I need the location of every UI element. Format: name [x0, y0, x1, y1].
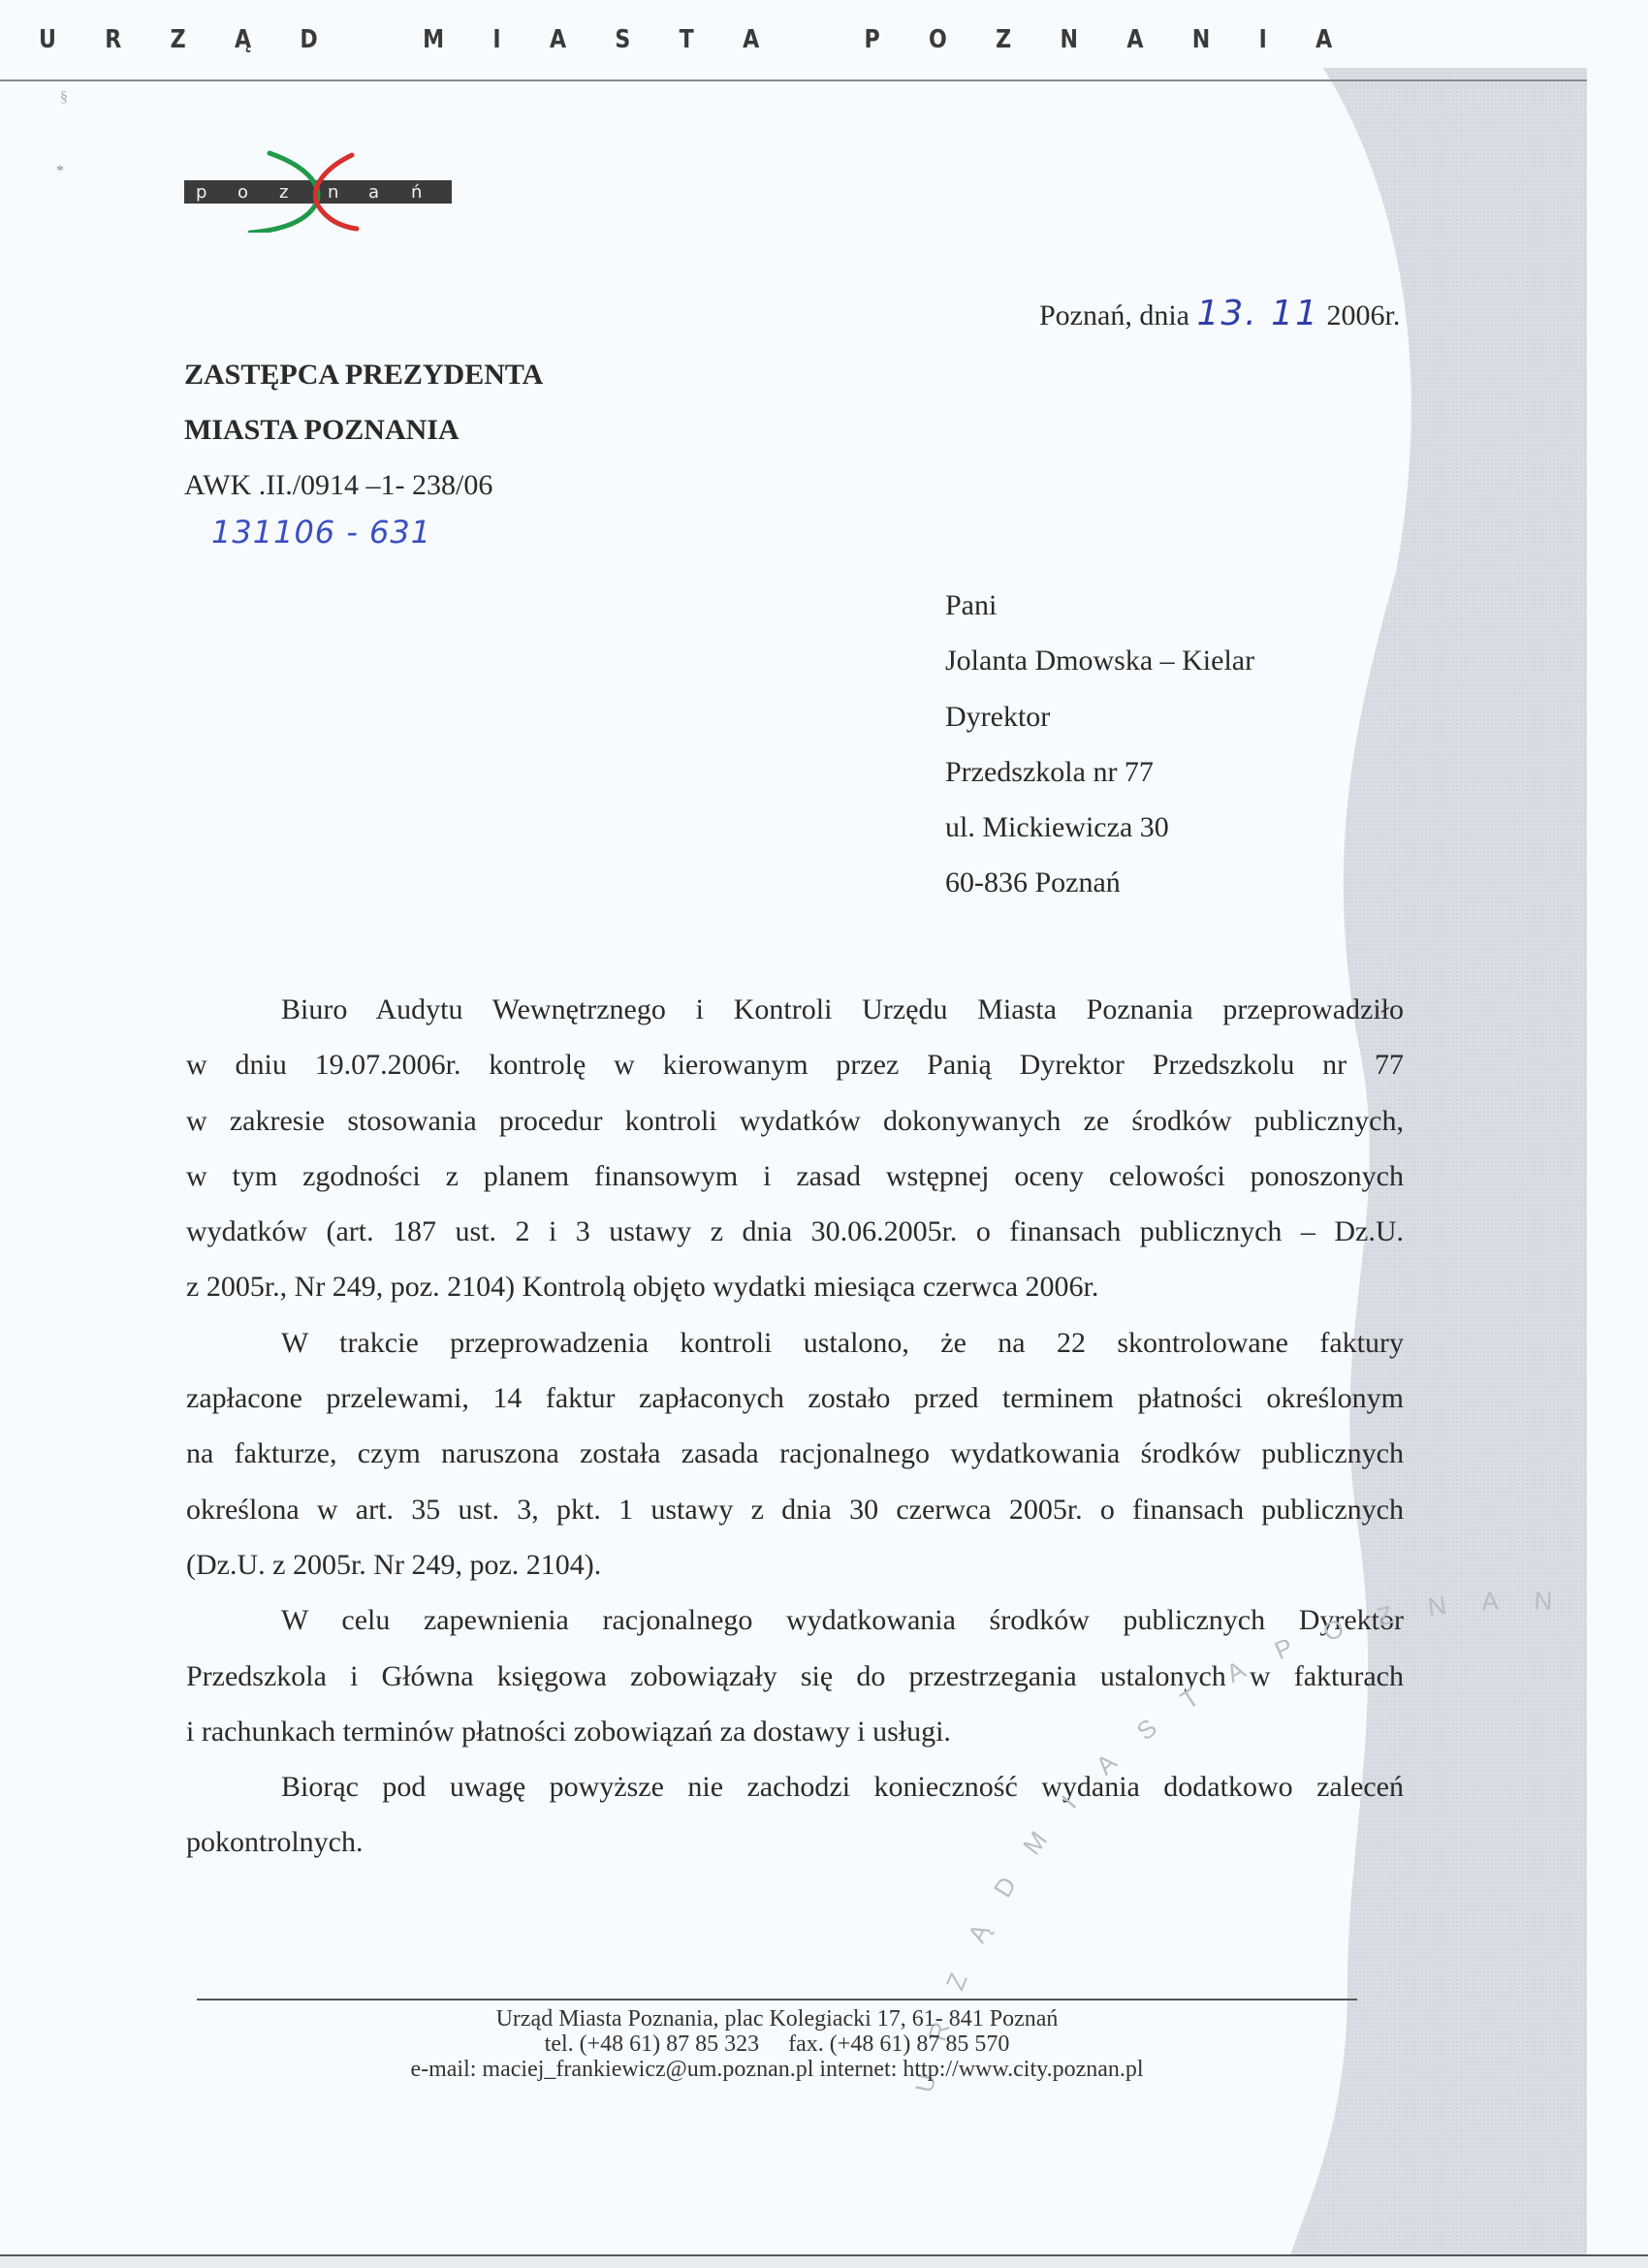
logo-letter: ń — [411, 182, 422, 203]
body-line: Biorąc pod uwagę powyższe nie zachodzi k… — [186, 1759, 1404, 1814]
body-line: W celu zapewnienia racjonalnego wydatkow… — [186, 1592, 1404, 1648]
letterhead-letter — [366, 25, 374, 54]
footer-address: Urząd Miasta Poznania, plac Kolegiacki 1… — [197, 2006, 1357, 2032]
sender-title-line2: MIASTA POZNANIA — [184, 416, 543, 471]
letterhead-letter: I — [1259, 25, 1267, 54]
letterhead-divider — [0, 79, 1587, 81]
body-line: wydatków (art. 187 ust. 2 i 3 ustawy z d… — [186, 1204, 1404, 1259]
letterhead-letter: S — [615, 25, 630, 54]
letterhead-letter: N — [1061, 25, 1079, 54]
recipient-position: Dyrektor — [945, 703, 1254, 758]
letterhead-letter: A — [550, 25, 566, 54]
sender-block: ZASTĘPCA PREZYDENTA MIASTA POZNANIA AWK … — [184, 361, 543, 526]
recipient-city: 60-836 Poznań — [945, 868, 1254, 924]
date-year: 2006r. — [1326, 299, 1400, 331]
letterhead-letter: U — [39, 25, 56, 54]
body-line: pokontrolnych. — [186, 1814, 1404, 1870]
logo-letter: z — [279, 182, 288, 203]
letterhead-institution-name: URZĄD MIASTA POZNANIA — [39, 25, 1333, 54]
body-paragraph: Biorąc pod uwagę powyższe nie zachodzi k… — [186, 1759, 1404, 1871]
body-line: Biuro Audytu Wewnętrznego i Kontroli Urz… — [186, 982, 1404, 1037]
body-line: Przedszkola i Główna księgowa zobowiązał… — [186, 1649, 1404, 1704]
recipient-salutation: Pani — [945, 591, 1254, 646]
letterhead-letter: Ą — [235, 25, 251, 54]
body-line: w zakresie stosowania procedur kontroli … — [186, 1093, 1404, 1149]
footer-contact: e-mail: maciej_frankiewicz@um.poznan.pl … — [197, 2057, 1357, 2082]
date-prefix: Poznań, dnia — [1039, 299, 1189, 331]
handwritten-date: 13. 11 — [1196, 294, 1319, 333]
letterhead-letter: Z — [171, 25, 186, 54]
body-line: z 2005r., Nr 249, poz. 2104) Kontrolą ob… — [186, 1259, 1404, 1314]
body-line: zapłacone przelewami, 14 faktur zapłacon… — [186, 1370, 1404, 1426]
letterhead-letter: P — [865, 25, 880, 54]
logo-letter: n — [328, 182, 338, 203]
body-line: w tym zgodności z planem finansowym i za… — [186, 1149, 1404, 1204]
scan-artifact: § — [60, 89, 68, 107]
stamp-letter: Z — [940, 1969, 973, 1994]
footer-phone-fax: tel. (+48 61) 87 85 323 fax. (+48 61) 87… — [197, 2032, 1357, 2057]
letterhead-letter — [808, 25, 816, 54]
letterhead-letter: I — [492, 25, 500, 54]
sender-title-line1: ZASTĘPCA PREZYDENTA — [184, 361, 543, 416]
letterhead-letter: Z — [996, 25, 1011, 54]
body-line: W trakcie przeprowadzenia kontroli ustal… — [186, 1315, 1404, 1370]
letterhead-letter: A — [1315, 25, 1332, 54]
letter-body: Biuro Audytu Wewnętrznego i Kontroli Urz… — [186, 982, 1404, 1871]
letterhead-letter: A — [743, 25, 759, 54]
logo-letter: o — [238, 182, 248, 203]
recipient-name: Jolanta Dmowska – Kielar — [945, 646, 1254, 702]
body-line: na fakturze, czym naruszona została zasa… — [186, 1426, 1404, 1481]
stamp-letter: D — [988, 1872, 1022, 1903]
recipient-institution: Przedszkola nr 77 — [945, 758, 1254, 813]
letterhead-letter: R — [105, 25, 121, 54]
letterhead-letter: O — [929, 25, 947, 54]
body-paragraph: W trakcie przeprowadzenia kontroli ustal… — [186, 1315, 1404, 1592]
letter-footer: Urząd Miasta Poznania, plac Kolegiacki 1… — [197, 2006, 1357, 2082]
body-line: i rachunkach terminów płatności zobowiąz… — [186, 1704, 1404, 1759]
recipient-street: ul. Mickiewicza 30 — [945, 813, 1254, 868]
body-line: w dniu 19.07.2006r. kontrolę w kierowany… — [186, 1037, 1404, 1092]
date-line: Poznań, dnia 13. 11 2006r. — [1039, 297, 1400, 331]
body-line: (Dz.U. z 2005r. Nr 249, poz. 2104). — [186, 1537, 1404, 1592]
body-paragraph: W celu zapewnienia racjonalnego wydatkow… — [186, 1592, 1404, 1759]
scan-bottom-edge — [0, 2254, 1648, 2268]
body-line: określona w art. 35 ust. 3, pkt. 1 ustaw… — [186, 1482, 1404, 1537]
letterhead-letter: N — [1192, 25, 1211, 54]
recipient-block: Pani Jolanta Dmowska – Kielar Dyrektor P… — [945, 591, 1254, 925]
footer-divider — [197, 1999, 1357, 2000]
handwritten-registry-number: 131106 - 631 — [211, 514, 431, 551]
scan-artifact: * — [56, 163, 64, 180]
stamp-letter: Ą — [962, 1918, 996, 1947]
logo-letter: a — [368, 182, 379, 203]
letterhead-letter: A — [1126, 25, 1143, 54]
letterhead-letter: D — [300, 25, 317, 54]
letterhead-letter: M — [423, 25, 444, 54]
body-paragraph: Biuro Audytu Wewnętrznego i Kontroli Urz… — [186, 982, 1404, 1315]
logo-letter: p — [196, 182, 206, 203]
poznan-logo: poznań — [182, 145, 463, 233]
letterhead-letter: T — [680, 25, 694, 54]
